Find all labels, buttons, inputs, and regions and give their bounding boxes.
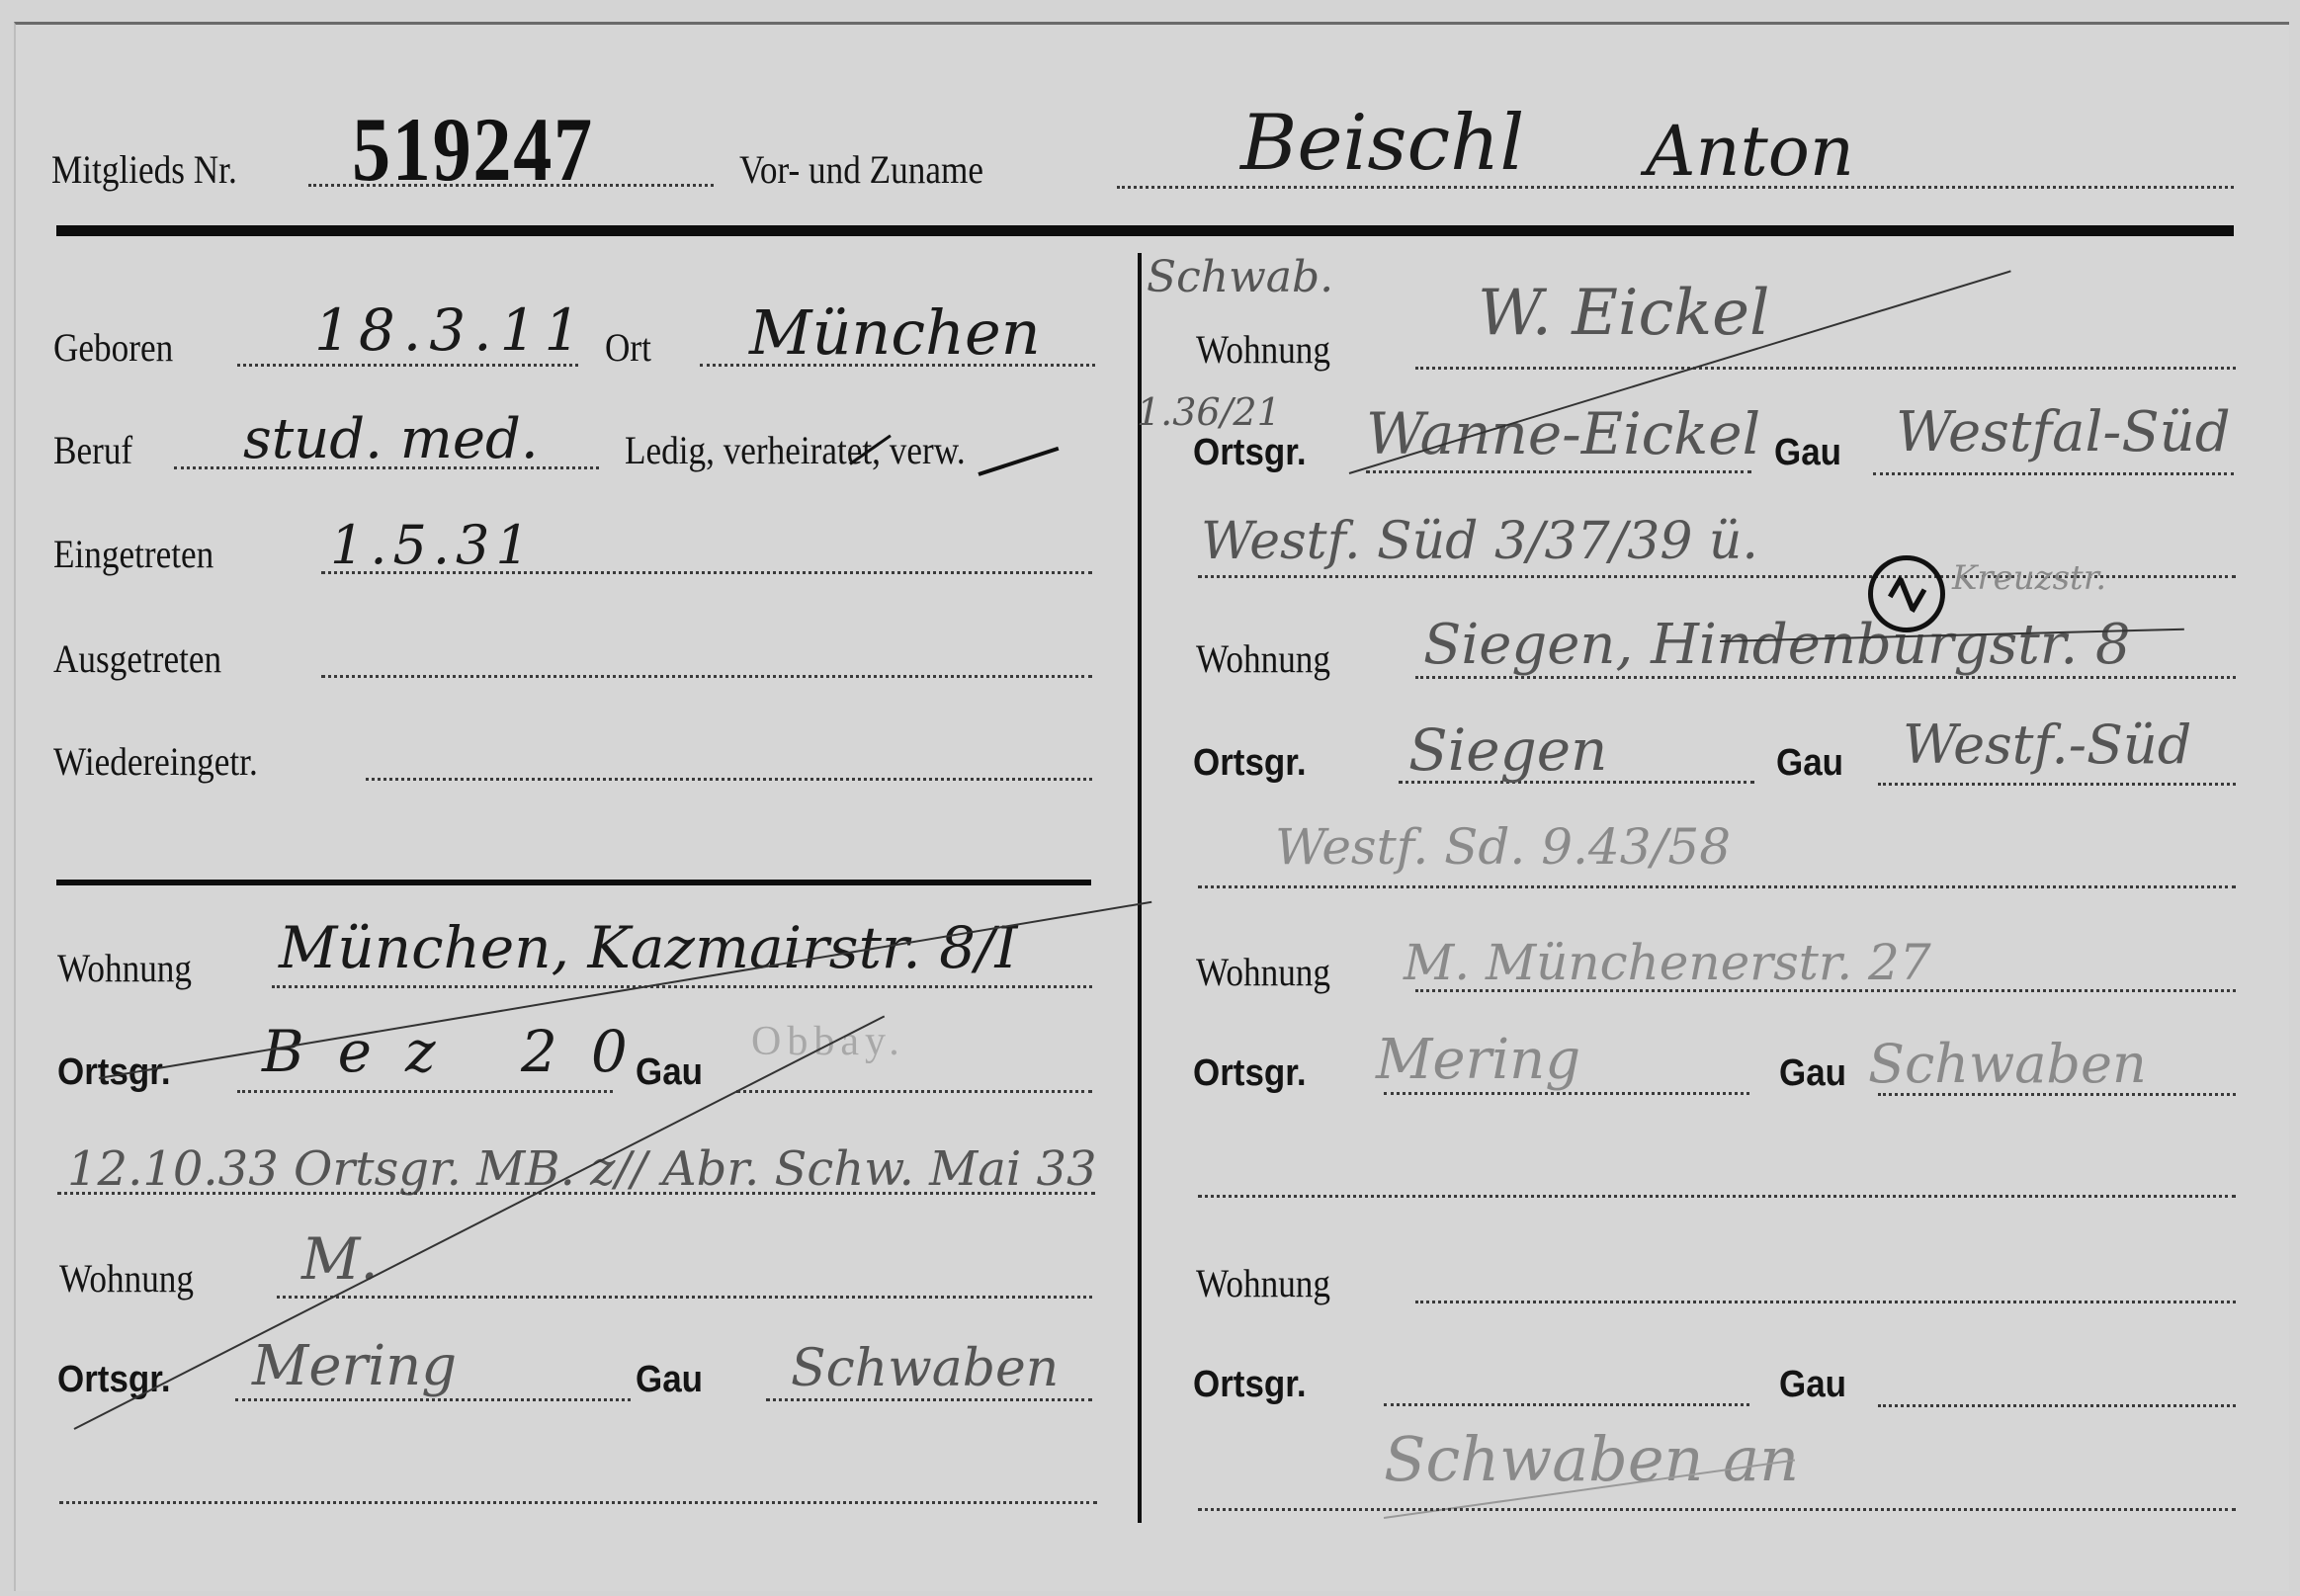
right-gau-1-dotted-line	[1873, 472, 2234, 475]
left-gau-2-value: Schwaben	[791, 1339, 1059, 1398]
name-label: Vor- und Zuname	[739, 146, 983, 193]
right-blank-3-dotted-line	[1198, 1195, 2236, 1198]
left-residence-2-value: M.	[301, 1225, 379, 1293]
right-entry-2-note: Westf. Sd. 9.43/58	[1275, 818, 1731, 876]
z-stamp-glyph: Z	[1877, 568, 1937, 619]
left-blank-dotted-line	[59, 1501, 1097, 1504]
right-residence-1-label: Wohnung	[1196, 326, 1330, 373]
right-residence-3-value: M. Münchenerstr. 27	[1404, 934, 1931, 991]
left-local-group-2-label: Ortsgr.	[57, 1359, 171, 1401]
right-gau-1-label: Gau	[1774, 432, 1841, 474]
right-local-group-2-label: Ortsgr.	[1193, 742, 1307, 785]
right-entry-2-stamp-note: Kreuzstr.	[1952, 558, 2106, 598]
born-dotted-line	[237, 364, 578, 367]
right-gau-3-label: Gau	[1779, 1052, 1846, 1095]
right-local-group-3-dotted-line	[1384, 1092, 1749, 1095]
right-residence-1-value: W. Eickel	[1478, 277, 1769, 350]
right-gau-1-value: Westfal-Süd	[1896, 400, 2231, 464]
right-gau-3-value: Schwaben	[1868, 1033, 2147, 1095]
right-residence-2-value: Siegen, Hindenburgstr. 8	[1423, 613, 2131, 677]
right-entry-1-margin-note-side: 1.36/21	[1137, 390, 1281, 434]
left-dotted-line	[321, 675, 1092, 678]
left-local-group-2-dotted-line	[235, 1398, 631, 1401]
right-residence-4-dotted-line	[1415, 1301, 2236, 1303]
right-residence-3-label: Wohnung	[1196, 949, 1330, 995]
surname-value: Beischl	[1240, 99, 1524, 188]
right-entry-4-note: Schwaben an	[1384, 1423, 1799, 1495]
rejoined-label: Wiedereingetr.	[53, 738, 258, 785]
rejoined-dotted-line	[366, 778, 1092, 781]
right-local-group-1-label: Ortsgr.	[1193, 432, 1307, 474]
left-gau-2-label: Gau	[636, 1359, 703, 1401]
right-gau-4-dotted-line	[1878, 1404, 2236, 1407]
right-gau-4-label: Gau	[1779, 1364, 1846, 1406]
left-local-group-1-label: Ortsgr.	[57, 1051, 171, 1094]
left-local-group-1-value: Bez 20	[262, 1018, 661, 1085]
right-local-group-1-dotted-line	[1366, 470, 1751, 473]
left-residence-1-label: Wohnung	[57, 945, 192, 991]
left-residence-1-dotted-line	[272, 985, 1092, 988]
right-entry-1-note: Westf. Süd 3/37/39 ü.	[1201, 512, 1758, 571]
right-gau-2-label: Gau	[1776, 742, 1843, 785]
right-local-group-4-dotted-line	[1384, 1403, 1749, 1406]
right-local-group-3-label: Ortsgr.	[1193, 1052, 1307, 1095]
place-value: München	[749, 296, 1041, 369]
right-note-2-dotted-line	[1198, 885, 2236, 888]
right-blank-4-dotted-line	[1198, 1508, 2236, 1511]
occupation-label: Beruf	[53, 427, 132, 473]
joined-value: 1.5.31	[330, 514, 536, 576]
marital-status-label: Ledig, verheiratet, verw.	[625, 427, 966, 473]
column-divider	[1138, 253, 1142, 1523]
right-local-group-1-value: Wanne-Eickel	[1366, 400, 1760, 467]
right-entry-1-margin-note-top: Schwab.	[1147, 252, 1333, 302]
member-number-label: Mitglieds Nr.	[51, 146, 237, 193]
left-residence-2-dotted-line	[277, 1296, 1092, 1299]
occupation-value: stud. med.	[243, 407, 539, 471]
firstname-value: Anton	[1646, 111, 1854, 192]
header-rule	[56, 225, 2234, 236]
place-label: Ort	[605, 324, 651, 371]
right-local-group-3-value: Mering	[1376, 1028, 1580, 1092]
right-gau-2-dotted-line	[1878, 783, 2236, 786]
left-gau-2-dotted-line	[766, 1398, 1092, 1401]
left-label: Ausgetreten	[53, 635, 221, 682]
right-residence-2-label: Wohnung	[1196, 635, 1330, 682]
right-residence-4-label: Wohnung	[1196, 1260, 1330, 1306]
right-local-group-2-value: Siegen	[1408, 716, 1607, 784]
left-residence-1-value: München, Kazmairstr. 8/I	[279, 914, 1017, 981]
left-section-rule	[56, 880, 1091, 885]
right-local-group-4-label: Ortsgr.	[1193, 1364, 1307, 1406]
left-gau-1-dotted-line	[736, 1090, 1092, 1093]
right-residence-1-dotted-line	[1415, 367, 2236, 370]
left-residence-2-label: Wohnung	[59, 1255, 194, 1302]
left-local-group-1-dotted-line	[237, 1090, 613, 1093]
member-number-value: 519247	[352, 97, 594, 202]
joined-label: Eingetreten	[53, 531, 213, 577]
left-note-1-dotted-line	[57, 1192, 1095, 1195]
born-label: Geboren	[53, 324, 173, 371]
left-gau-1-label: Gau	[636, 1051, 703, 1094]
born-value: 18.3.11	[314, 296, 588, 364]
left-gau-1-stamp: Obbay.	[751, 1018, 905, 1065]
right-gau-2-value: Westf.-Süd	[1903, 714, 2191, 776]
left-local-group-2-value: Mering	[252, 1334, 457, 1398]
